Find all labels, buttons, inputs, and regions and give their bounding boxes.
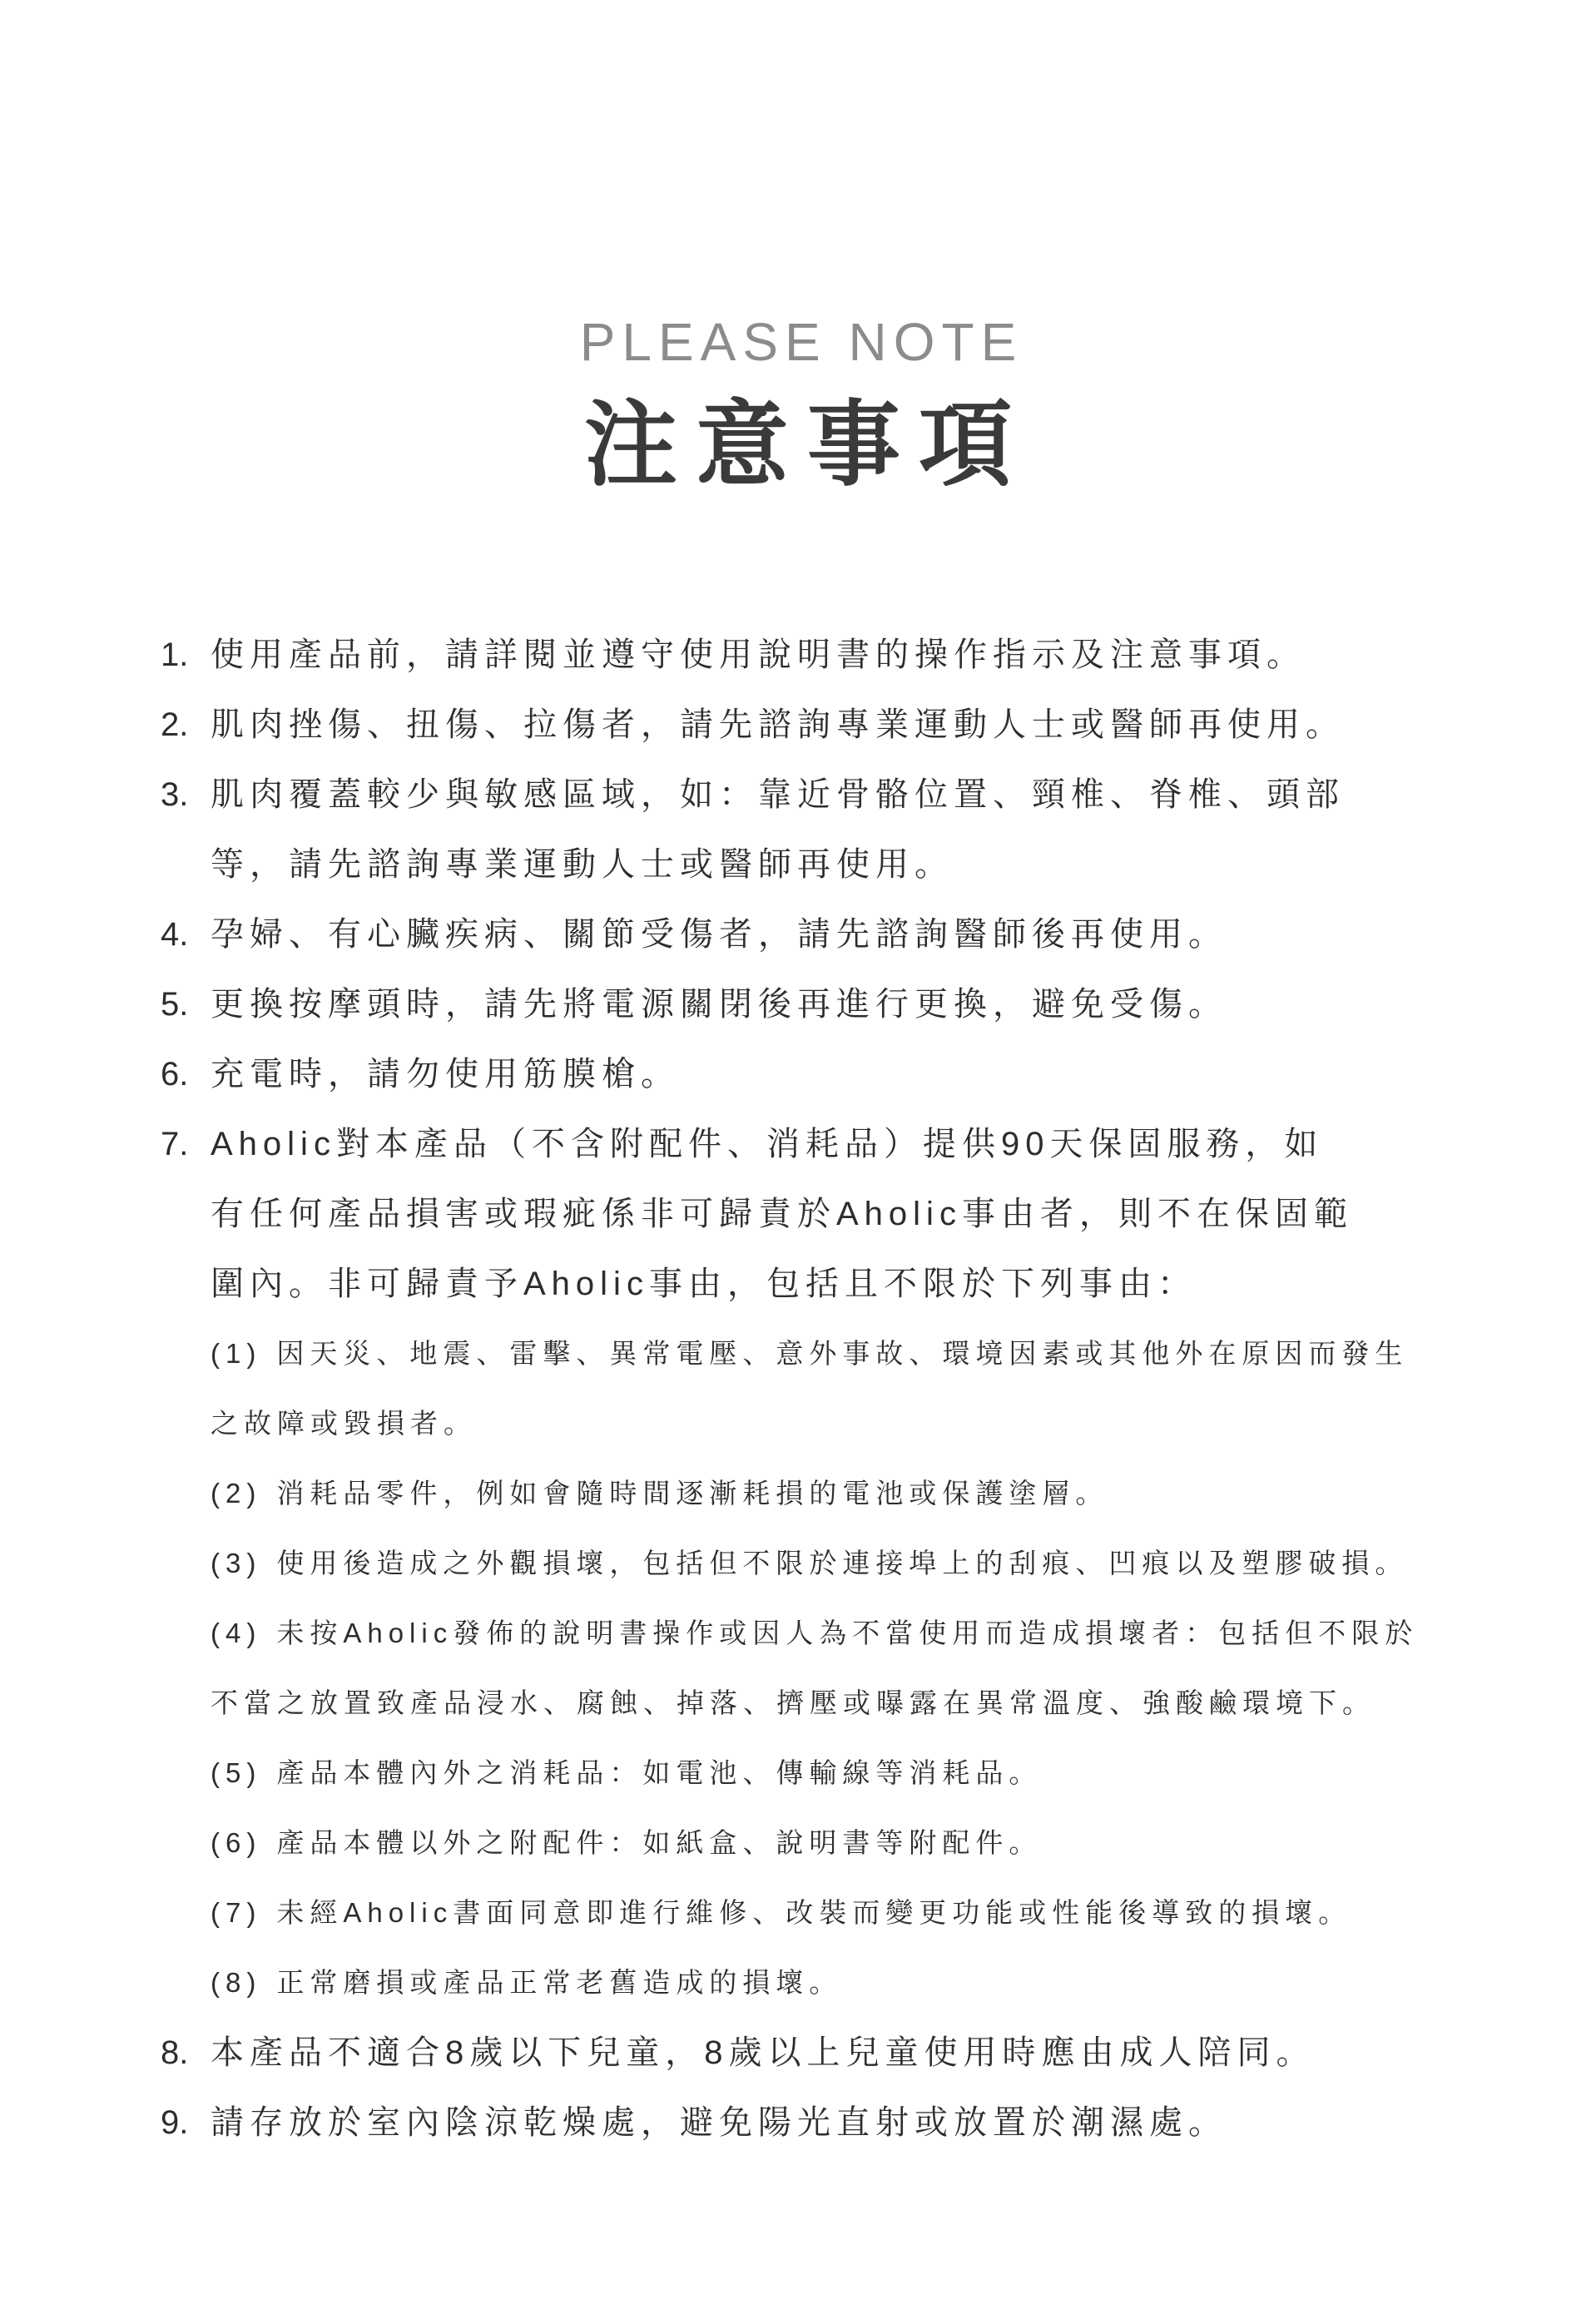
sub-note-line: 之故障或毀損者。 (211, 1389, 1492, 1459)
note-line: 本產品不適合8歲以下兒童，8歲以上兒童使用時應由成人陪同。 (211, 2018, 1492, 2088)
note-line: Aholic對本產品（不含附配件、消耗品）提供90天保固服務，如 (211, 1109, 1492, 1179)
note-body: 肌肉挫傷、扭傷、拉傷者，請先諮詢專業運動人士或醫師再使用。 (211, 690, 1492, 760)
note-body: 請存放於室內陰涼乾燥處，避免陽光直射或放置於潮濕處。 (211, 2088, 1492, 2158)
note-line: 有任何產品損害或瑕疵係非可歸責於Aholic事由者，則不在保固範 (211, 1179, 1492, 1249)
note-line: 圍內。非可歸責予Aholic事由，包括且不限於下列事由： (211, 1249, 1492, 1319)
sub-note-number: (4) (211, 1618, 261, 1648)
note-number: 1. (161, 620, 211, 690)
sub-note-item: (6)產品本體以外之附配件：如紙盒、說明書等附配件。 (211, 1808, 1492, 1878)
sub-note-number: (2) (211, 1478, 261, 1509)
note-item: 3.肌肉覆蓋較少與敏感區域，如：靠近骨骼位置、頸椎、脊椎、頭部等，請先諮詢專業運… (161, 760, 1492, 899)
note-line: 肌肉挫傷、扭傷、拉傷者，請先諮詢專業運動人士或醫師再使用。 (211, 690, 1492, 760)
note-body: Aholic對本產品（不含附配件、消耗品）提供90天保固服務，如有任何產品損害或… (211, 1109, 1492, 1319)
note-item: 6.充電時，請勿使用筋膜槍。 (161, 1039, 1492, 1109)
page-header: PLEASE NOTE 注意事項 (0, 315, 1596, 492)
note-body: 更換按摩頭時，請先將電源關閉後再進行更換，避免受傷。 (211, 969, 1492, 1039)
sub-note-text: 產品本體以外之附配件：如紙盒、說明書等附配件。 (276, 1827, 1042, 1858)
note-number: 7. (161, 1109, 211, 1179)
note-line: 請存放於室內陰涼乾燥處，避免陽光直射或放置於潮濕處。 (211, 2088, 1492, 2158)
sub-note-number: (8) (211, 1967, 261, 1998)
note-item: 5.更換按摩頭時，請先將電源關閉後再進行更換，避免受傷。 (161, 969, 1492, 1039)
sub-note-line: (3)使用後造成之外觀損壞，包括但不限於連接埠上的刮痕、凹痕以及塑膠破損。 (211, 1529, 1492, 1598)
note-item: 2.肌肉挫傷、扭傷、拉傷者，請先諮詢專業運動人士或醫師再使用。 (161, 690, 1492, 760)
sub-note-text: 正常磨損或產品正常老舊造成的損壞。 (276, 1967, 842, 1998)
sub-note-item: (5)產品本體內外之消耗品：如電池、傳輸線等消耗品。 (211, 1738, 1492, 1808)
sub-note-line: 不當之放置致產品浸水、腐蝕、掉落、擠壓或曝露在異常溫度、強酸鹼環境下。 (211, 1668, 1492, 1738)
sub-note-item: (4)未按Aholic發佈的說明書操作或因人為不當使用而造成損壞者：包括但不限於… (211, 1598, 1492, 1738)
note-item: 9.請存放於室內陰涼乾燥處，避免陽光直射或放置於潮濕處。 (161, 2088, 1492, 2158)
sub-note-text: 因天災、地震、雷擊、異常電壓、意外事故、環境因素或其他外在原因而發生 (276, 1338, 1408, 1369)
sub-note-item: (1)因天災、地震、雷擊、異常電壓、意外事故、環境因素或其他外在原因而發生之故障… (211, 1319, 1492, 1459)
note-item: 1.使用產品前，請詳閱並遵守使用說明書的操作指示及注意事項。 (161, 620, 1492, 690)
page-title: 注意事項 (0, 399, 1596, 492)
note-number: 6. (161, 1039, 211, 1109)
sub-note-number: (5) (211, 1757, 261, 1788)
sub-note-line: (5)產品本體內外之消耗品：如電池、傳輸線等消耗品。 (211, 1738, 1492, 1808)
sub-note-line: (4)未按Aholic發佈的說明書操作或因人為不當使用而造成損壞者：包括但不限於 (211, 1598, 1492, 1668)
sub-note-line: (8)正常磨損或產品正常老舊造成的損壞。 (211, 1948, 1492, 2018)
note-body: 使用產品前，請詳閱並遵守使用說明書的操作指示及注意事項。 (211, 620, 1492, 690)
note-number: 9. (161, 2088, 211, 2158)
note-number: 8. (161, 2018, 211, 2088)
sub-note-text: 產品本體內外之消耗品：如電池、傳輸線等消耗品。 (276, 1757, 1042, 1788)
sub-note-item: (2)消耗品零件，例如會隨時間逐漸耗損的電池或保護塗層。 (211, 1459, 1492, 1529)
note-line: 使用產品前，請詳閱並遵守使用說明書的操作指示及注意事項。 (211, 620, 1492, 690)
note-line: 肌肉覆蓋較少與敏感區域，如：靠近骨骼位置、頸椎、脊椎、頭部 (211, 760, 1492, 830)
sub-note-line: (1)因天災、地震、雷擊、異常電壓、意外事故、環境因素或其他外在原因而發生 (211, 1319, 1492, 1389)
note-line: 孕婦、有心臟疾病、關節受傷者，請先諮詢醫師後再使用。 (211, 899, 1492, 969)
sub-note-item: (3)使用後造成之外觀損壞，包括但不限於連接埠上的刮痕、凹痕以及塑膠破損。 (211, 1529, 1492, 1598)
note-line: 等，請先諮詢專業運動人士或醫師再使用。 (211, 830, 1492, 899)
sub-note-number: (1) (211, 1338, 261, 1369)
sub-note-text: 使用後造成之外觀損壞，包括但不限於連接埠上的刮痕、凹痕以及塑膠破損。 (276, 1548, 1408, 1578)
note-number: 4. (161, 899, 211, 969)
note-number: 2. (161, 690, 211, 760)
note-number: 3. (161, 760, 211, 830)
note-item: 4.孕婦、有心臟疾病、關節受傷者，請先諮詢醫師後再使用。 (161, 899, 1492, 969)
sub-note-line: (6)產品本體以外之附配件：如紙盒、說明書等附配件。 (211, 1808, 1492, 1878)
page-subtitle-english: PLEASE NOTE (0, 315, 1596, 369)
sub-note-text: 未按Aholic發佈的說明書操作或因人為不當使用而造成損壞者：包括但不限於 (276, 1618, 1418, 1648)
sub-note-number: (6) (211, 1827, 261, 1858)
note-line: 更換按摩頭時，請先將電源關閉後再進行更換，避免受傷。 (211, 969, 1492, 1039)
sub-note-item: (7)未經Aholic書面同意即進行維修、改裝而變更功能或性能後導致的損壞。 (211, 1878, 1492, 1948)
note-line: 充電時，請勿使用筋膜槍。 (211, 1039, 1492, 1109)
sub-note-text: 消耗品零件，例如會隨時間逐漸耗損的電池或保護塗層。 (276, 1478, 1108, 1509)
sub-note-number: (7) (211, 1897, 261, 1928)
sub-note-text: 未經Aholic書面同意即進行維修、改裝而變更功能或性能後導致的損壞。 (276, 1897, 1351, 1928)
note-item: 8.本產品不適合8歲以下兒童，8歲以上兒童使用時應由成人陪同。 (161, 2018, 1492, 2088)
note-body: 肌肉覆蓋較少與敏感區域，如：靠近骨骼位置、頸椎、脊椎、頭部等，請先諮詢專業運動人… (211, 760, 1492, 899)
note-body: 充電時，請勿使用筋膜槍。 (211, 1039, 1492, 1109)
note-item: 7.Aholic對本產品（不含附配件、消耗品）提供90天保固服務，如有任何產品損… (161, 1109, 1492, 1319)
sub-note-line: (2)消耗品零件，例如會隨時間逐漸耗損的電池或保護塗層。 (211, 1459, 1492, 1529)
sub-note-line: (7)未經Aholic書面同意即進行維修、改裝而變更功能或性能後導致的損壞。 (211, 1878, 1492, 1948)
note-body: 孕婦、有心臟疾病、關節受傷者，請先諮詢醫師後再使用。 (211, 899, 1492, 969)
sub-note-number: (3) (211, 1548, 261, 1578)
notes-list: 1.使用產品前，請詳閱並遵守使用說明書的操作指示及注意事項。2.肌肉挫傷、扭傷、… (161, 620, 1492, 2158)
note-body: 本產品不適合8歲以下兒童，8歲以上兒童使用時應由成人陪同。 (211, 2018, 1492, 2088)
sub-note-item: (8)正常磨損或產品正常老舊造成的損壞。 (211, 1948, 1492, 2018)
note-number: 5. (161, 969, 211, 1039)
